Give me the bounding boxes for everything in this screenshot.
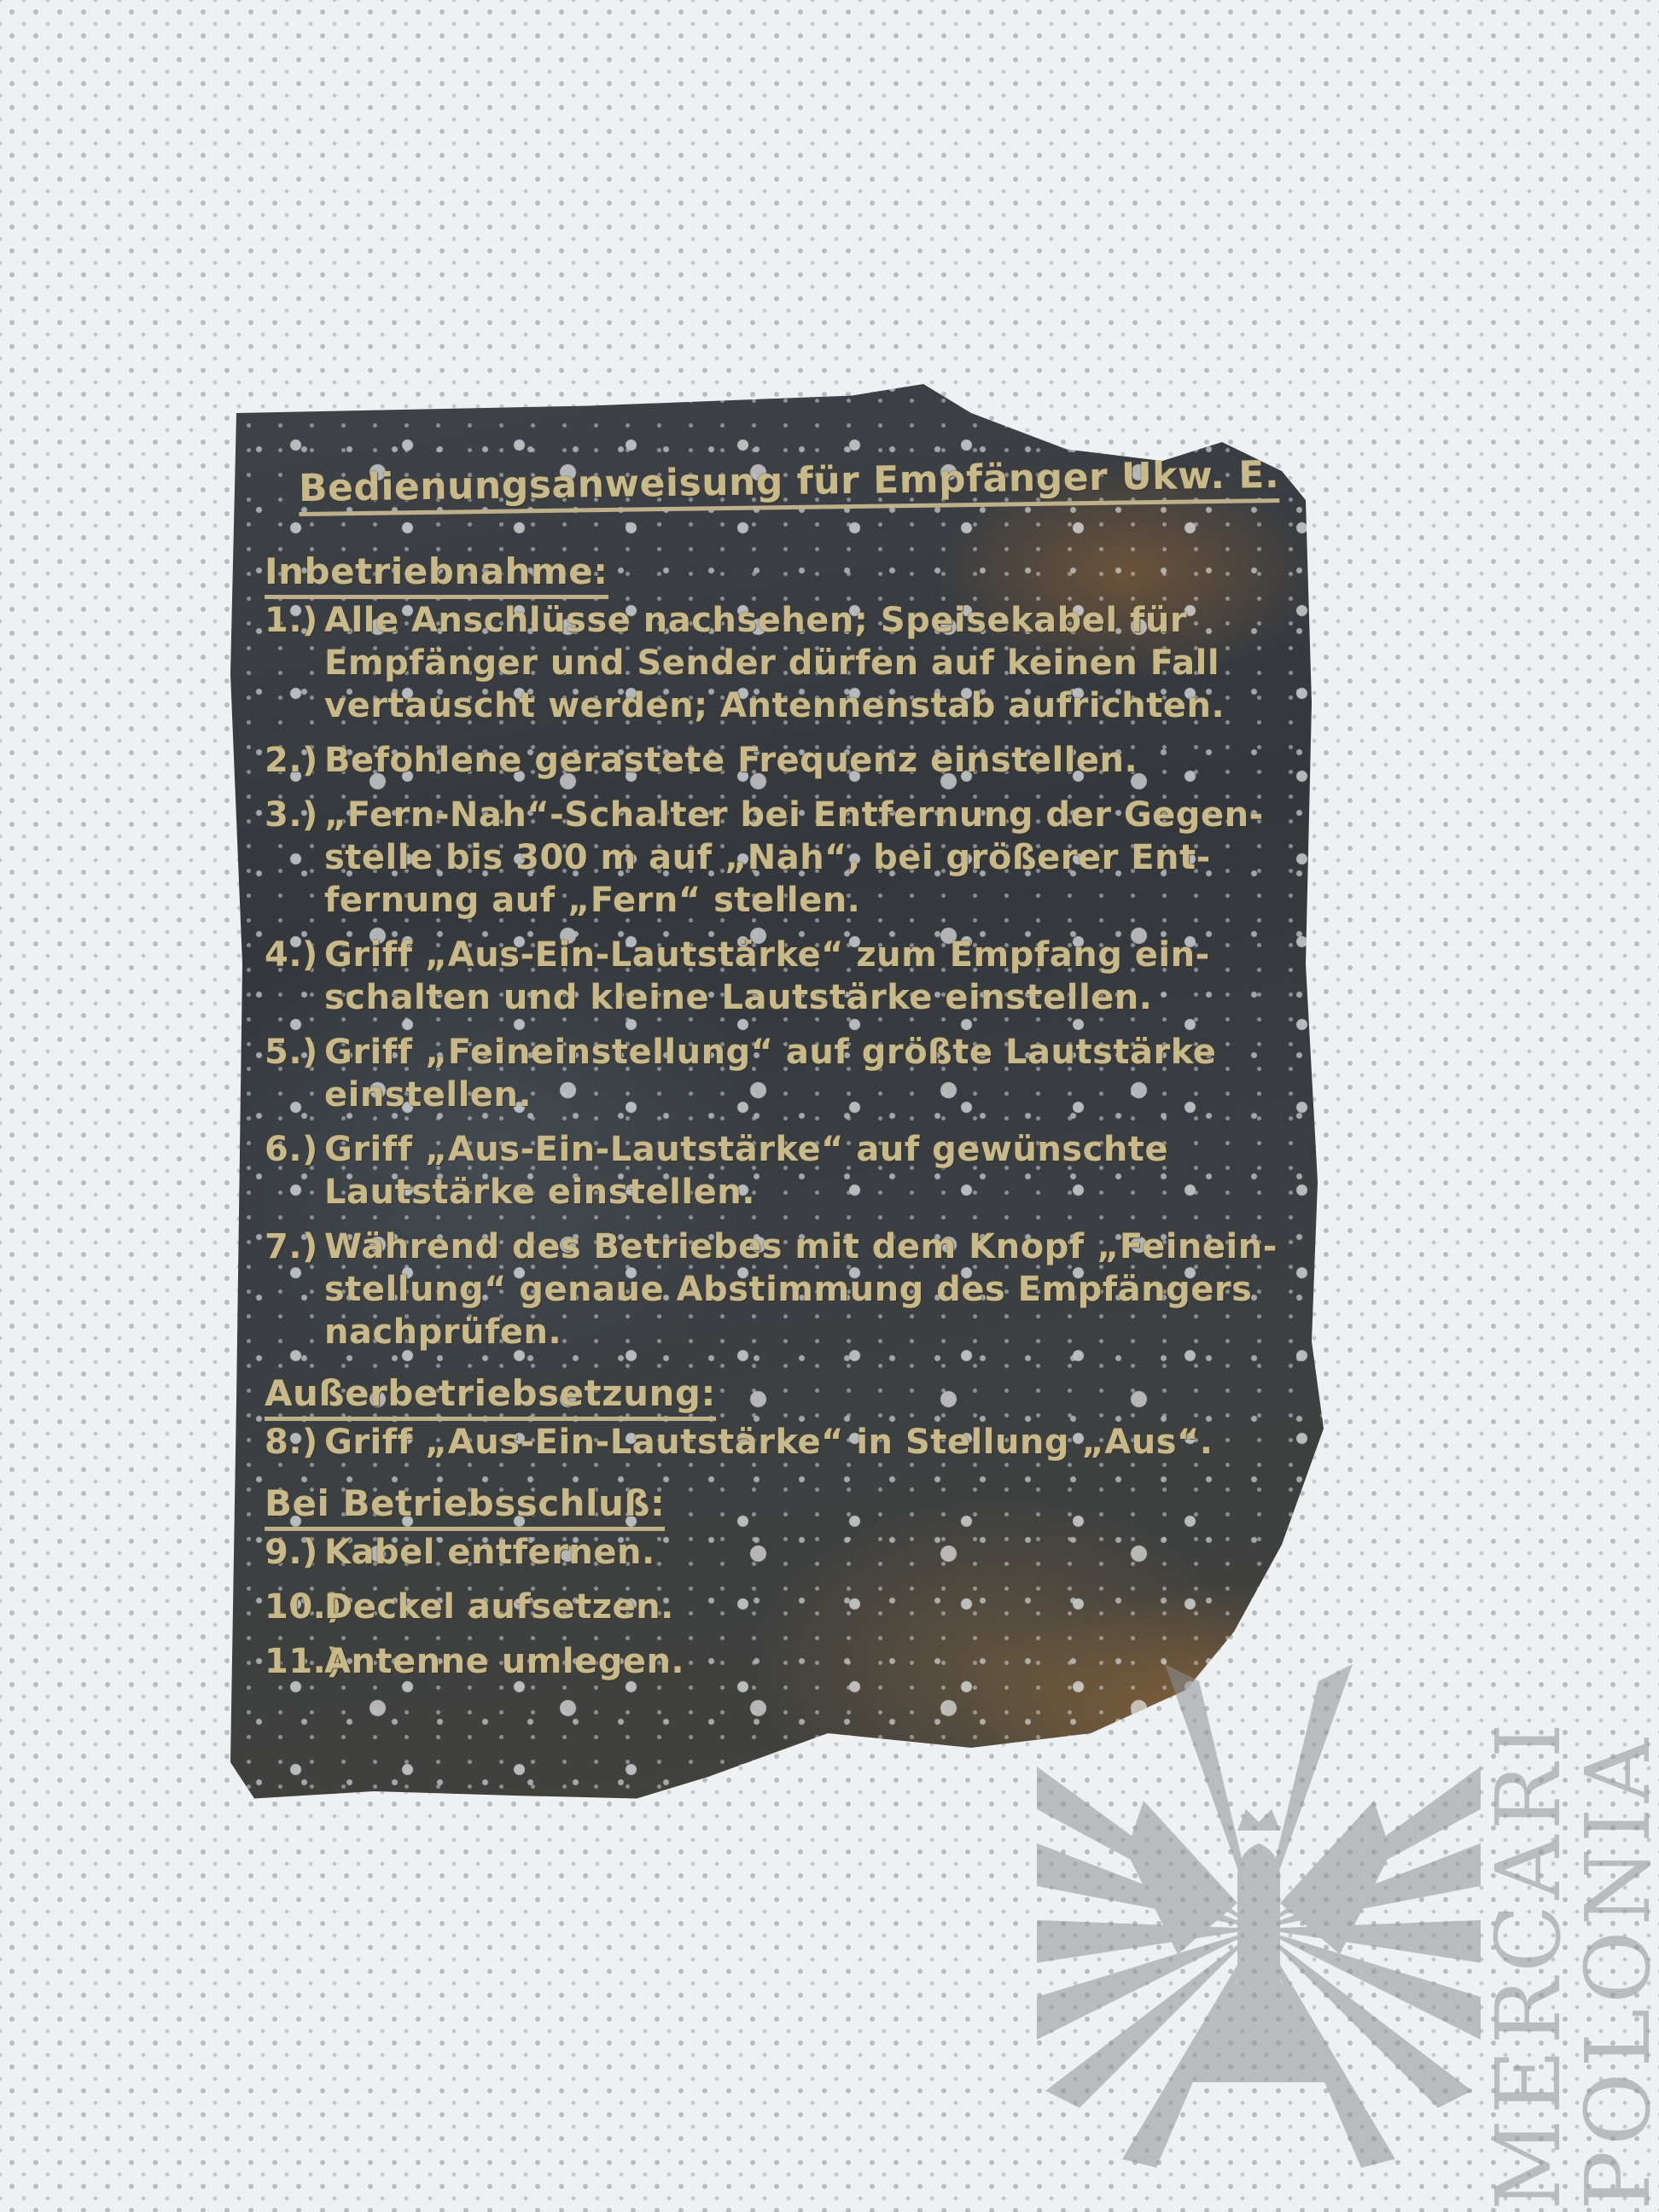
item-number: 3.) bbox=[265, 794, 324, 922]
instruction-item: 7.) Während des Betriebes mit dem Knopf … bbox=[265, 1225, 1331, 1353]
photo-scene: Bedienungsanweisung für Empfänger Ukw. E… bbox=[0, 0, 1659, 2212]
watermark: MERCARI POLONIA bbox=[1037, 1647, 1651, 2210]
instruction-item: 1.) Alle Anschlüsse nachsehen; Speisekab… bbox=[265, 599, 1331, 727]
instruction-item: 5.) Griff „Feineinstellung“ auf größte L… bbox=[265, 1031, 1331, 1116]
instruction-item: 4.) Griff „Aus-Ein-Lautstärke“ zum Empfa… bbox=[265, 934, 1331, 1019]
instruction-item: 10.) Deckel aufsetzen. bbox=[265, 1586, 1331, 1628]
item-number: 2.) bbox=[265, 739, 324, 782]
item-number: 9.) bbox=[265, 1531, 324, 1574]
section-heading: Bei Betriebsschluß: bbox=[265, 1482, 665, 1531]
item-number: 4.) bbox=[265, 934, 324, 1019]
section-ausserbetriebsetzung: Außerbetriebsetzung: 8.) Griff „Aus-Ein-… bbox=[265, 1365, 1331, 1464]
section-heading: Inbetriebnahme: bbox=[265, 550, 608, 599]
item-text: Griff „Aus-Ein-Lautstärke“ auf gewünscht… bbox=[324, 1128, 1331, 1214]
item-text: Alle Anschlüsse nachsehen; Speisekabel f… bbox=[324, 599, 1331, 727]
instruction-item: 9.) Kabel entfernen. bbox=[265, 1531, 1331, 1574]
item-text: Griff „Feineinstellung“ auf größte Lauts… bbox=[324, 1031, 1331, 1116]
section-heading: Außerbetriebsetzung: bbox=[265, 1372, 716, 1421]
section-inbetriebnahme: Inbetriebnahme: 1.) Alle Anschlüsse nach… bbox=[265, 544, 1331, 1353]
item-number: 1.) bbox=[265, 599, 324, 727]
watermark-text-line2: POLONIA bbox=[1566, 1733, 1659, 2210]
item-text: Griff „Aus-Ein-Lautstärke“ in Stellung „… bbox=[324, 1421, 1331, 1464]
instruction-item: 2.) Befohlene gerastete Frequenz einstel… bbox=[265, 739, 1331, 782]
instruction-item: 8.) Griff „Aus-Ein-Lautstärke“ in Stellu… bbox=[265, 1421, 1331, 1464]
instruction-item: 6.) Griff „Aus-Ein-Lautstärke“ auf gewün… bbox=[265, 1128, 1331, 1214]
item-text: Befohlene gerastete Frequenz einstellen. bbox=[324, 739, 1331, 782]
item-number: 7.) bbox=[265, 1225, 324, 1353]
eagle-sunburst-icon bbox=[1037, 1647, 1481, 2210]
item-text: Während des Betriebes mit dem Knopf „Fei… bbox=[324, 1225, 1331, 1353]
item-number: 6.) bbox=[265, 1128, 324, 1214]
plate-title: Bedienungsanweisung für Empfänger Ukw. E… bbox=[299, 454, 1280, 516]
item-text: Kabel entfernen. bbox=[324, 1531, 1331, 1574]
instruction-plate: Bedienungsanweisung für Empfänger Ukw. E… bbox=[230, 384, 1425, 1835]
plate-text: Bedienungsanweisung für Empfänger Ukw. E… bbox=[265, 461, 1331, 1695]
instruction-item: 3.) „Fern-Nah“-Schalter bei Entfernung d… bbox=[265, 794, 1331, 922]
item-number: 8.) bbox=[265, 1421, 324, 1464]
watermark-text-line1: MERCARI bbox=[1476, 1718, 1580, 2210]
item-text: „Fern-Nah“-Schalter bei Entfernung der G… bbox=[324, 794, 1331, 922]
item-number: 10.) bbox=[265, 1586, 324, 1628]
item-text: Griff „Aus-Ein-Lautstärke“ zum Empfang e… bbox=[324, 934, 1331, 1019]
item-number: 5.) bbox=[265, 1031, 324, 1116]
item-number: 11.) bbox=[265, 1640, 324, 1683]
item-text: Deckel aufsetzen. bbox=[324, 1586, 1331, 1628]
